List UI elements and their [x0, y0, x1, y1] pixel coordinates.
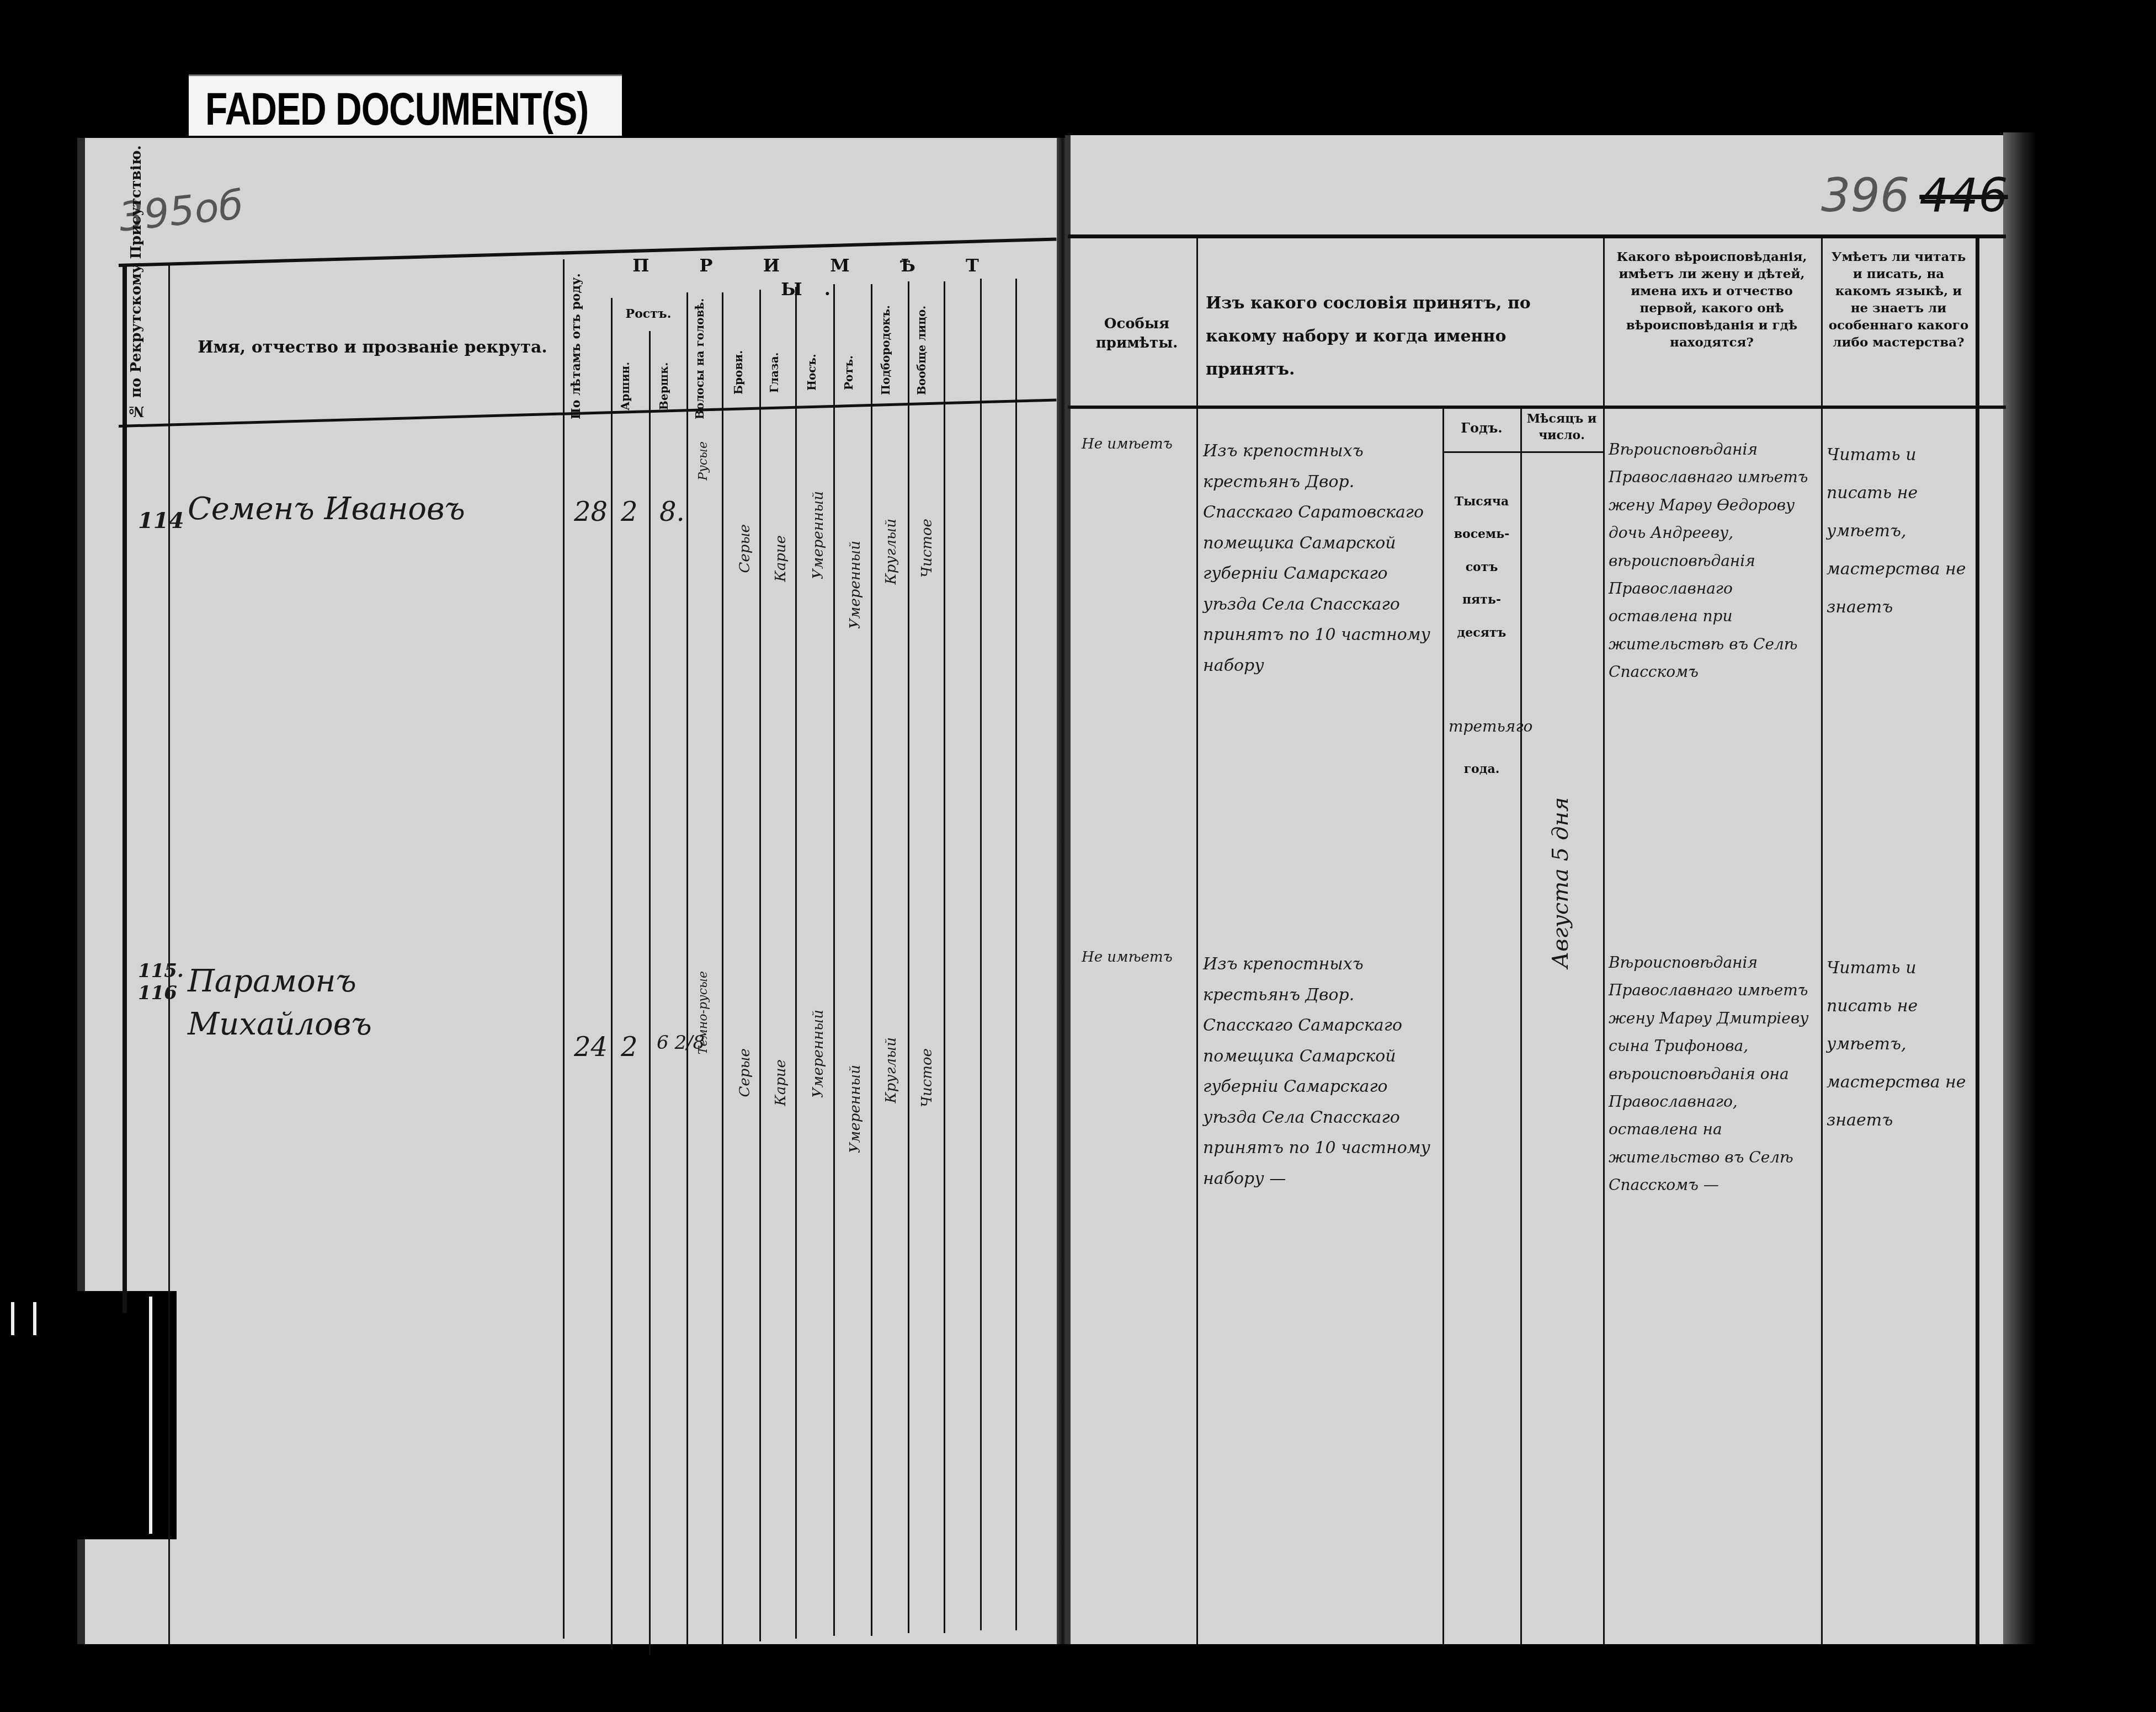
col-rule [563, 259, 565, 1639]
col-rule [795, 287, 797, 1639]
year-word: Тысяча [1446, 486, 1518, 518]
header-eyes: Глаза. [767, 331, 782, 414]
header-bottom-rule [1068, 406, 2006, 409]
folio-number-right: 396446 [1821, 168, 2008, 222]
eyes-value: Карие [773, 535, 789, 582]
col-rule [908, 281, 909, 1633]
binding-thread [149, 1297, 152, 1534]
folio-current: 396 [1821, 168, 1909, 222]
year-suffix: года. [1446, 761, 1518, 778]
col-rule [1196, 237, 1198, 1644]
mouth-value: Умеренный [847, 541, 864, 629]
page-edge-shadow [2003, 132, 2036, 1677]
header-nose: Носъ. [805, 331, 819, 414]
arshin-value: 2 [621, 497, 638, 527]
col-rule [1015, 279, 1017, 1630]
col-rule [1520, 408, 1522, 1644]
header-brows: Брови. [731, 331, 746, 414]
record-number: 115. 116 [138, 960, 171, 1004]
col-rule [1821, 237, 1823, 1644]
col-rule [833, 284, 835, 1636]
scan-background [0, 1644, 2156, 1712]
binding-thread [33, 1302, 36, 1335]
year-word: десятъ [1446, 617, 1518, 649]
col-rule [944, 281, 945, 1633]
binding-thread [11, 1302, 14, 1335]
stamp-label: FADED DOCUMENT(S) [205, 83, 588, 135]
vershok-value: 8. [659, 497, 685, 527]
special-value: Не имѣетъ [1082, 949, 1192, 966]
age-value: 24 [574, 1032, 608, 1063]
header-age: По лѣтамъ отъ роду. [568, 309, 607, 419]
special-value: Не имѣетъ [1082, 436, 1192, 452]
year-word: восемь- [1446, 518, 1518, 551]
header-vershok: Вершк. [657, 353, 672, 419]
year-handwritten: третьяго [1449, 717, 1518, 735]
table-top-rule [1068, 234, 2006, 238]
col-rule [1603, 237, 1605, 1644]
header-mouth: Ротъ. [842, 331, 856, 414]
nose-value: Умеренный [810, 1010, 827, 1098]
faded-document-stamp: FADED DOCUMENT(S) [189, 74, 622, 136]
header-literacy: Умѣетъ ли читать и писать, на какомъ язы… [1825, 248, 1972, 351]
origin-value: Изъ крепостныхъ крестьянъ Двор. Спасскаг… [1203, 436, 1438, 681]
brows-value: Серые [737, 1048, 753, 1097]
col-rule [722, 292, 723, 1644]
folio-struck: 446 [1919, 168, 2008, 222]
header-chin: Подбородокъ. [879, 292, 893, 408]
brows-value: Серые [737, 524, 753, 573]
col-rule [649, 331, 651, 1655]
header-hair: Волосы на головѣ. [693, 298, 707, 419]
chin-value: Круглый [883, 1037, 899, 1103]
recruit-name: Парамонъ Михайловъ [188, 960, 546, 1047]
literacy-value: Читать и писать не умѣетъ, мастерства не… [1827, 436, 1973, 626]
year-printed: Тысяча восемь- сотъ пять- десятъ [1446, 486, 1518, 649]
header-number: № по Рекрутскому Присутствію. [127, 276, 166, 419]
nose-value: Умеренный [810, 491, 827, 579]
right-border [1976, 237, 1979, 1644]
col-rule [686, 292, 688, 1644]
header-face: Вообще лицо. [914, 292, 929, 408]
eyes-value: Карие [773, 1059, 789, 1106]
arshin-value: 2 [621, 1032, 638, 1063]
month-day-value: Августа 5 дня [1548, 524, 1573, 1241]
header-origin: Изъ какого сословія принятъ, по какому н… [1206, 287, 1598, 386]
year-word: сотъ пять- [1446, 551, 1518, 617]
religion-value: Вѣроисповѣданія Православнаго имѣетъ жен… [1609, 949, 1818, 1199]
mouth-value: Умеренный [847, 1065, 864, 1153]
header-height: Ростъ. [615, 306, 682, 323]
header-arshin: Аршин. [618, 353, 633, 419]
header-special: Особыя примѣты. [1082, 314, 1192, 353]
header-month-day: Мѣсяцъ и число. [1523, 411, 1600, 444]
col-rule [759, 290, 761, 1641]
recruit-name: Семенъ Ивановъ [188, 491, 465, 527]
book-binding [0, 1291, 177, 1539]
religion-value: Вѣроисповѣданія Православнаго имѣетъ жен… [1609, 436, 1818, 686]
hair-value: Русые [696, 441, 710, 481]
age-value: 28 [574, 497, 608, 527]
face-value: Чистое [919, 519, 935, 578]
subheader-rule [1442, 451, 1603, 453]
origin-value: Изъ крепостныхъ крестьянъ Двор. Спасскаг… [1203, 949, 1438, 1194]
col-rule [871, 284, 872, 1636]
col-rule [168, 265, 170, 1644]
col-rule [611, 298, 613, 1650]
header-religion: Какого вѣроисповѣданія, имѣетъ ли жену и… [1607, 248, 1817, 351]
left-border [123, 265, 127, 1313]
chin-value: Круглый [883, 519, 899, 584]
header-name: Имя, отчество и прозваніе рекрута. [193, 337, 552, 359]
col-rule [980, 279, 982, 1630]
header-year: Годъ. [1446, 419, 1518, 437]
record-number: 114 [138, 508, 184, 534]
col-rule [1442, 408, 1444, 1644]
hair-value: Темно-русые [696, 971, 710, 1054]
header-features: П Р И М Ѣ Т Ы. [629, 254, 1004, 301]
literacy-value: Читать и писать не умѣетъ, мастерства не… [1827, 949, 1973, 1139]
face-value: Чистое [919, 1048, 935, 1107]
